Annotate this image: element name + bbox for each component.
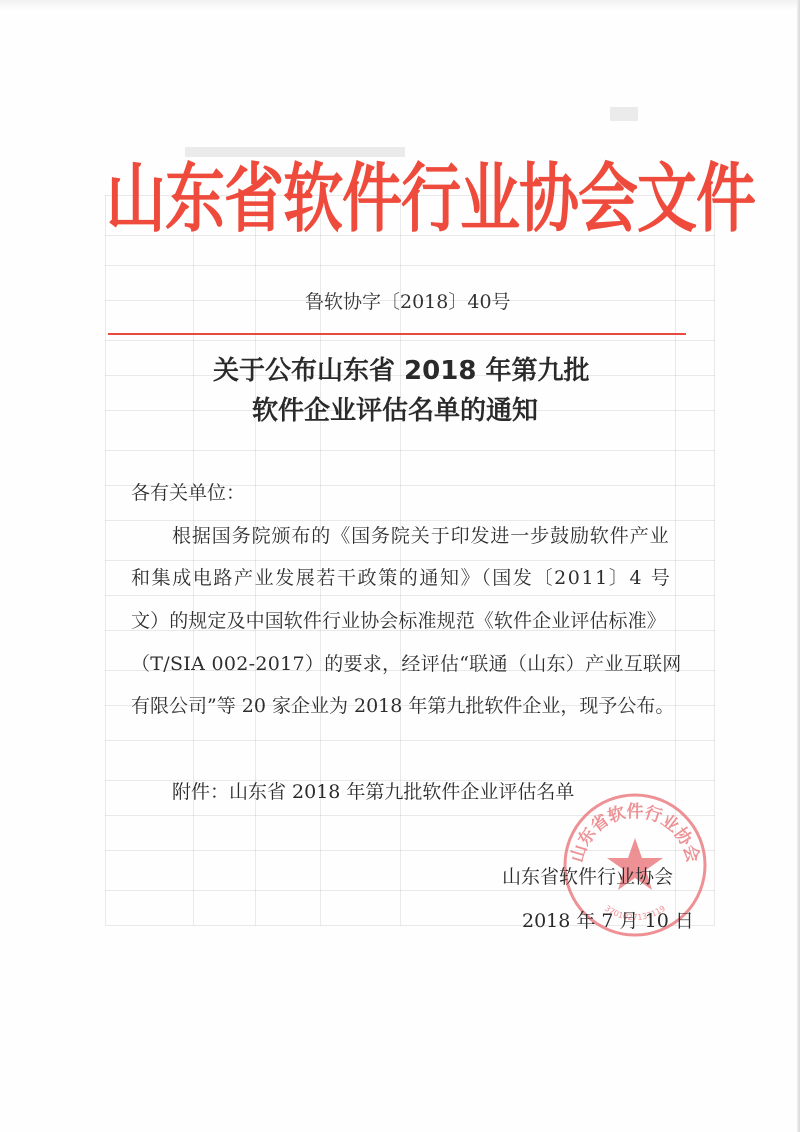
signature-date: 2018 年 7 月 10 日 — [522, 906, 694, 933]
document-page: 山东省软件行业协会文件 鲁软协字〔2018〕40号 关于公布山东省 2018 年… — [0, 0, 800, 1132]
seal-text: 山东省软件行业协会 — [567, 801, 703, 865]
body-line: 和集成电路产业发展若干政策的通知》（国发〔2011〕4 号 — [131, 563, 671, 590]
signature-organization: 山东省软件行业协会 — [502, 862, 673, 889]
scan-edge-top — [0, 0, 800, 10]
document-number: 鲁软协字〔2018〕40号 — [305, 287, 511, 314]
header-title: 山东省软件行业协会文件 — [106, 162, 700, 237]
body-line: 根据国务院颁布的《国务院关于印发进一步鼓励软件产业 — [172, 521, 670, 548]
body-line: 文）的规定及中国软件行业协会标准规范《软件企业评估标准》 — [131, 606, 666, 633]
red-divider — [108, 333, 686, 335]
notice-title-line-2: 软件企业评估名单的通知 — [252, 390, 538, 427]
svg-text:山东省软件行业协会: 山东省软件行业协会 — [567, 801, 703, 865]
attachment-note: 附件：山东省 2018 年第九批软件企业评估名单 — [172, 777, 574, 804]
salutation: 各有关单位： — [131, 478, 245, 505]
body-line: 有限公司”等 20 家企业为 2018 年第九批软件企业，现予公布。 — [131, 691, 674, 718]
body-line: （T/SIA 002-2017）的要求，经评估“联通（山东）产业互联网 — [131, 649, 682, 676]
notice-title-line-1: 关于公布山东省 2018 年第九批 — [213, 350, 589, 387]
